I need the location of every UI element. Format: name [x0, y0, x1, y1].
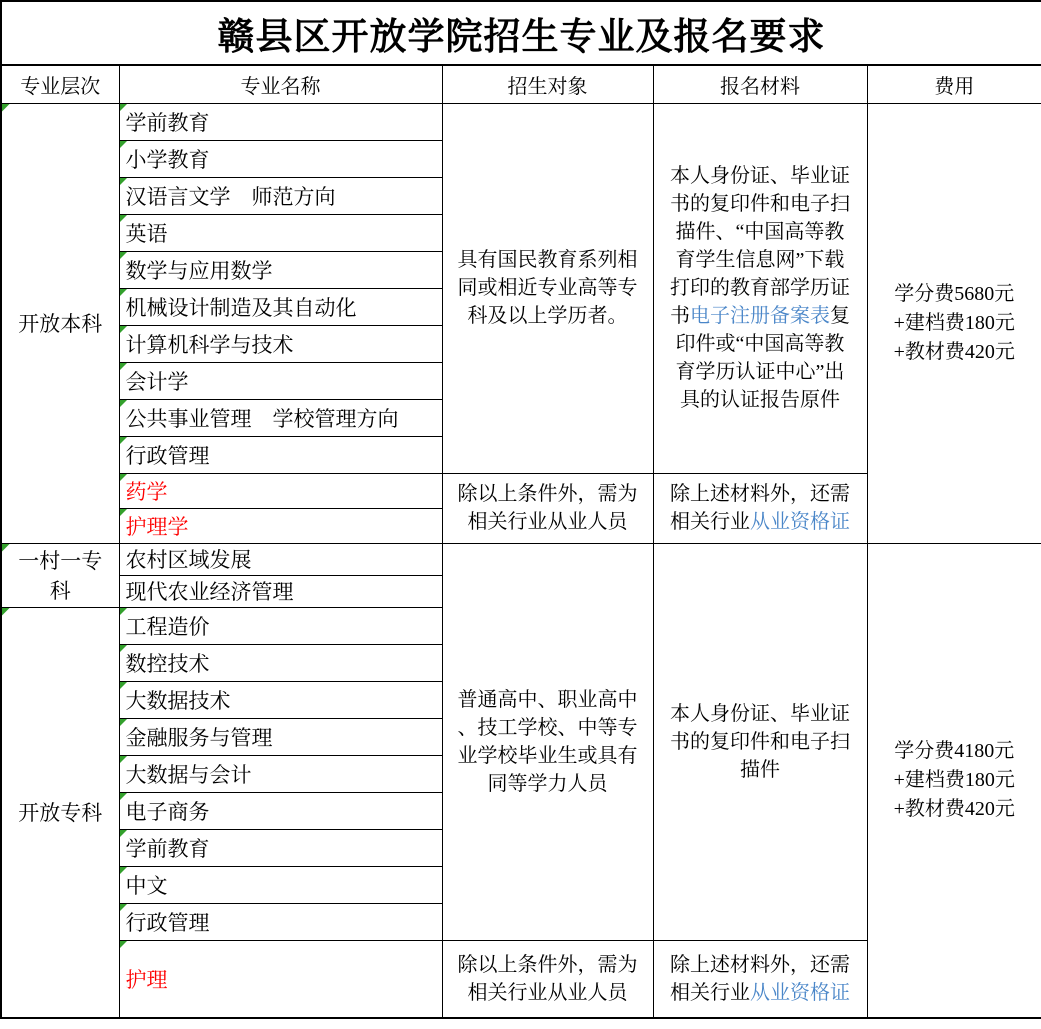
major-cell: 大数据与会计	[119, 755, 442, 792]
major-cell: 现代农业经济管理	[119, 575, 442, 607]
major-cell: 行政管理	[119, 903, 442, 940]
materials-cell-zhuanke: 本人身份证、毕业证 书的复印件和电子扫 描件	[653, 543, 867, 940]
major-cell: 数控技术	[119, 644, 442, 681]
major-cell: 工程造价	[119, 607, 442, 644]
major-cell-restricted: 护理	[119, 940, 442, 1018]
major-cell-restricted: 护理学	[119, 508, 442, 543]
major-cell: 计算机科学与技术	[119, 325, 442, 362]
materials-cell-benke: 本人身份证、毕业证 书的复印件和电子扫 描件、“中国高等教 育学生信息网”下载 …	[653, 103, 867, 473]
major-cell: 英语	[119, 214, 442, 251]
major-cell: 电子商务	[119, 792, 442, 829]
text-segment: 本人身份证、毕业证 书的复印件和电子扫 描件、“中国高等教 育学生信息网”下载 …	[670, 165, 850, 327]
inline-link[interactable]: 从业资格证	[750, 511, 850, 533]
col-header-major: 专业名称	[119, 65, 442, 103]
major-cell: 金融服务与管理	[119, 718, 442, 755]
enrollment-table: 赣县区开放学院招生专业及报名要求 专业层次 专业名称 招生对象 报名材料 费用 …	[0, 0, 1041, 1019]
major-cell: 大数据技术	[119, 681, 442, 718]
target-cell-zhuanke: 普通高中、职业高中 、技工学校、中等专 业学校毕业生或具有 同等学力人员	[442, 543, 653, 940]
major-cell: 学前教育	[119, 829, 442, 866]
col-header-fee: 费用	[867, 65, 1041, 103]
target-cell-benke: 具有国民教育系列相 同或相近专业高等专 科及以上学历者。	[442, 103, 653, 473]
col-header-materials: 报名材料	[653, 65, 867, 103]
fee-cell-benke: 学分费5680元 +建档费180元 +教材费420元	[867, 103, 1041, 543]
major-cell: 学前教育	[119, 103, 442, 140]
inline-link[interactable]: 电子注册备案表	[690, 305, 830, 327]
major-cell: 小学教育	[119, 140, 442, 177]
target-cell-benke-extra: 除以上条件外，需为 相关行业从业人员	[442, 473, 653, 543]
level-cell-yicun: 一村一专科	[1, 543, 119, 607]
major-cell: 行政管理	[119, 436, 442, 473]
target-cell-zhuanke-extra: 除以上条件外，需为 相关行业从业人员	[442, 940, 653, 1018]
major-cell: 农村区域发展	[119, 543, 442, 575]
major-cell: 会计学	[119, 362, 442, 399]
materials-cell-benke-extra: 除上述材料外，还需 相关行业从业资格证	[653, 473, 867, 543]
level-cell-benke: 开放本科	[1, 103, 119, 543]
major-cell-restricted: 药学	[119, 473, 442, 508]
page-title: 赣县区开放学院招生专业及报名要求	[1, 1, 1041, 65]
col-header-target: 招生对象	[442, 65, 653, 103]
materials-cell-zhuanke-extra: 除上述材料外，还需 相关行业从业资格证	[653, 940, 867, 1018]
col-header-level: 专业层次	[1, 65, 119, 103]
level-cell-zhuanke: 开放专科	[1, 607, 119, 1018]
major-cell: 机械设计制造及其自动化	[119, 288, 442, 325]
major-cell: 中文	[119, 866, 442, 903]
major-cell: 汉语言文学 师范方向	[119, 177, 442, 214]
major-cell: 数学与应用数学	[119, 251, 442, 288]
major-cell: 公共事业管理 学校管理方向	[119, 399, 442, 436]
fee-cell-zhuanke: 学分费4180元 +建档费180元 +教材费420元	[867, 543, 1041, 1018]
inline-link[interactable]: 从业资格证	[750, 982, 850, 1004]
